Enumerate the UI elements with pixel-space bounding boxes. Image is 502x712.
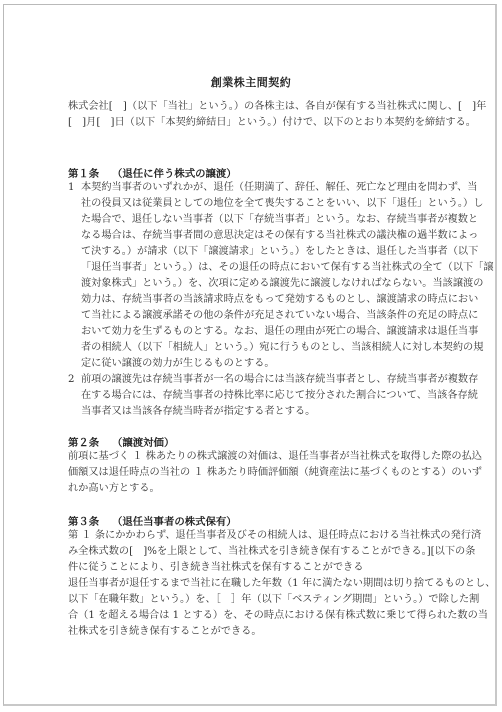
body-line: て当社による譲渡承諾その他の条件が充足されていない場合、当該条件の充足の時点に	[81, 309, 478, 323]
body-line: 定に従い譲渡の効力が生じるものとする。	[81, 357, 275, 371]
body-line: 退任当事者が退任するまで当社に在職した年数（1 年に満たない期間は切り捨てるもの…	[68, 577, 495, 591]
article-heading-text: （退任に伴う株式の譲渡）	[112, 168, 237, 180]
paragraph-number: 1	[68, 182, 74, 193]
body-line: み全株式数の[ ]%を上限として、当社株式を引き続き保有することができる。][以…	[68, 545, 475, 559]
body-line: 件に従うことにより、引き続き当社株式を保有することができる	[68, 561, 363, 575]
article-number: 第１条	[68, 165, 112, 180]
article-heading-text: （退任当事者の株式保有）	[112, 516, 237, 528]
body-line: 社株式を引き続き保有することができる。	[68, 625, 262, 639]
body-line: 在する場合には、存続当事者の持株比率に応じて按分された割合について、当該各存続	[81, 389, 478, 403]
body-line: 本契約当事者のいずれかが、退任（任期満了、辞任、解任、死亡など理由を問わず、当	[81, 181, 478, 195]
article-3-heading: 第３条（退任当事者の株式保有）	[68, 513, 237, 528]
body-line: 者の相続人（以下「相続人」という。）宛に行うものとし、当該相続人に対し本契約の規	[81, 341, 483, 355]
body-line: た場合で、退任しない当事者（以下「存続当事者」という。なお、存続当事者が複数と	[81, 213, 478, 227]
body-line: なる場合は、存続当事者間の意思決定はその保有する当社株式の議決権の過半数によっ	[81, 229, 478, 243]
body-line: 合（1 を超える場合は 1 とする）を、その時点における保有株式数に乗じて得られ…	[68, 609, 488, 623]
article-number: 第２条	[68, 434, 112, 449]
preamble-line: 株式会社[ ]（以下「当社」という。）の各株主は、各自が保有する当社株式に関し、…	[68, 100, 486, 114]
article-1-heading: 第１条（退任に伴う株式の譲渡）	[68, 165, 237, 180]
article-number: 第３条	[68, 513, 112, 528]
paragraph-number: 2	[68, 374, 74, 385]
body-line: 第 １ 条にかかわらず、退任当事者及びその相続人は、退任時点における当社株式の発…	[68, 529, 481, 543]
body-line: れか高い方とする。	[68, 482, 160, 496]
body-line: 効力は、存続当事者の当該請求時点をもって発効するものとし、譲渡請求の時点におい	[81, 293, 478, 307]
body-line: て決する。）が請求（以下「譲渡請求」という。）をしたときは、退任した当事者（以下	[81, 245, 478, 259]
body-line: 前項に基づく １ 株あたりの株式譲渡の対価は、退任当事者が当社株式を取得した際の…	[68, 450, 482, 464]
body-line: 「退任当事者」という。）は、その退任の時点において保有する当社株式の全て（以下「…	[81, 261, 494, 275]
body-line: 前項の譲渡先は存続当事者が一名の場合には当該存続当事者とし、存続当事者が複数存	[81, 373, 478, 387]
preamble-line: [ ]月[ ]日（以下「本契約締結日」という。）付けで、以下のとおり本契約を締結…	[68, 116, 476, 130]
article-2-heading: 第２条（譲渡対価）	[68, 434, 174, 449]
article-heading-text: （譲渡対価）	[112, 437, 174, 449]
body-line: 渡対象株式」という。）を、次項に定める譲渡先に譲渡しなければならない。当該譲渡の	[81, 277, 483, 291]
body-line: おいて効力を生ずるものとする。なお、退任の理由が死亡の場合、譲渡請求は退任当事	[81, 325, 478, 339]
body-line: 以下「在職年数」という。）を、［ ］年（以下「ベスティング期間」という。）で除し…	[68, 593, 479, 607]
body-line: 社の役員又は従業員としての地位を全て喪失することをいい、以下「退任」という。）し	[81, 197, 483, 211]
body-line: 価額又は退任時点の当社の １ 株あたり時価評価額（純資産法に基づくものとする）の…	[68, 466, 482, 480]
body-line: 当事者又は当該各存続当時者が指定する者とする。	[81, 405, 315, 419]
document-title: 創業株主間契約	[0, 74, 502, 90]
